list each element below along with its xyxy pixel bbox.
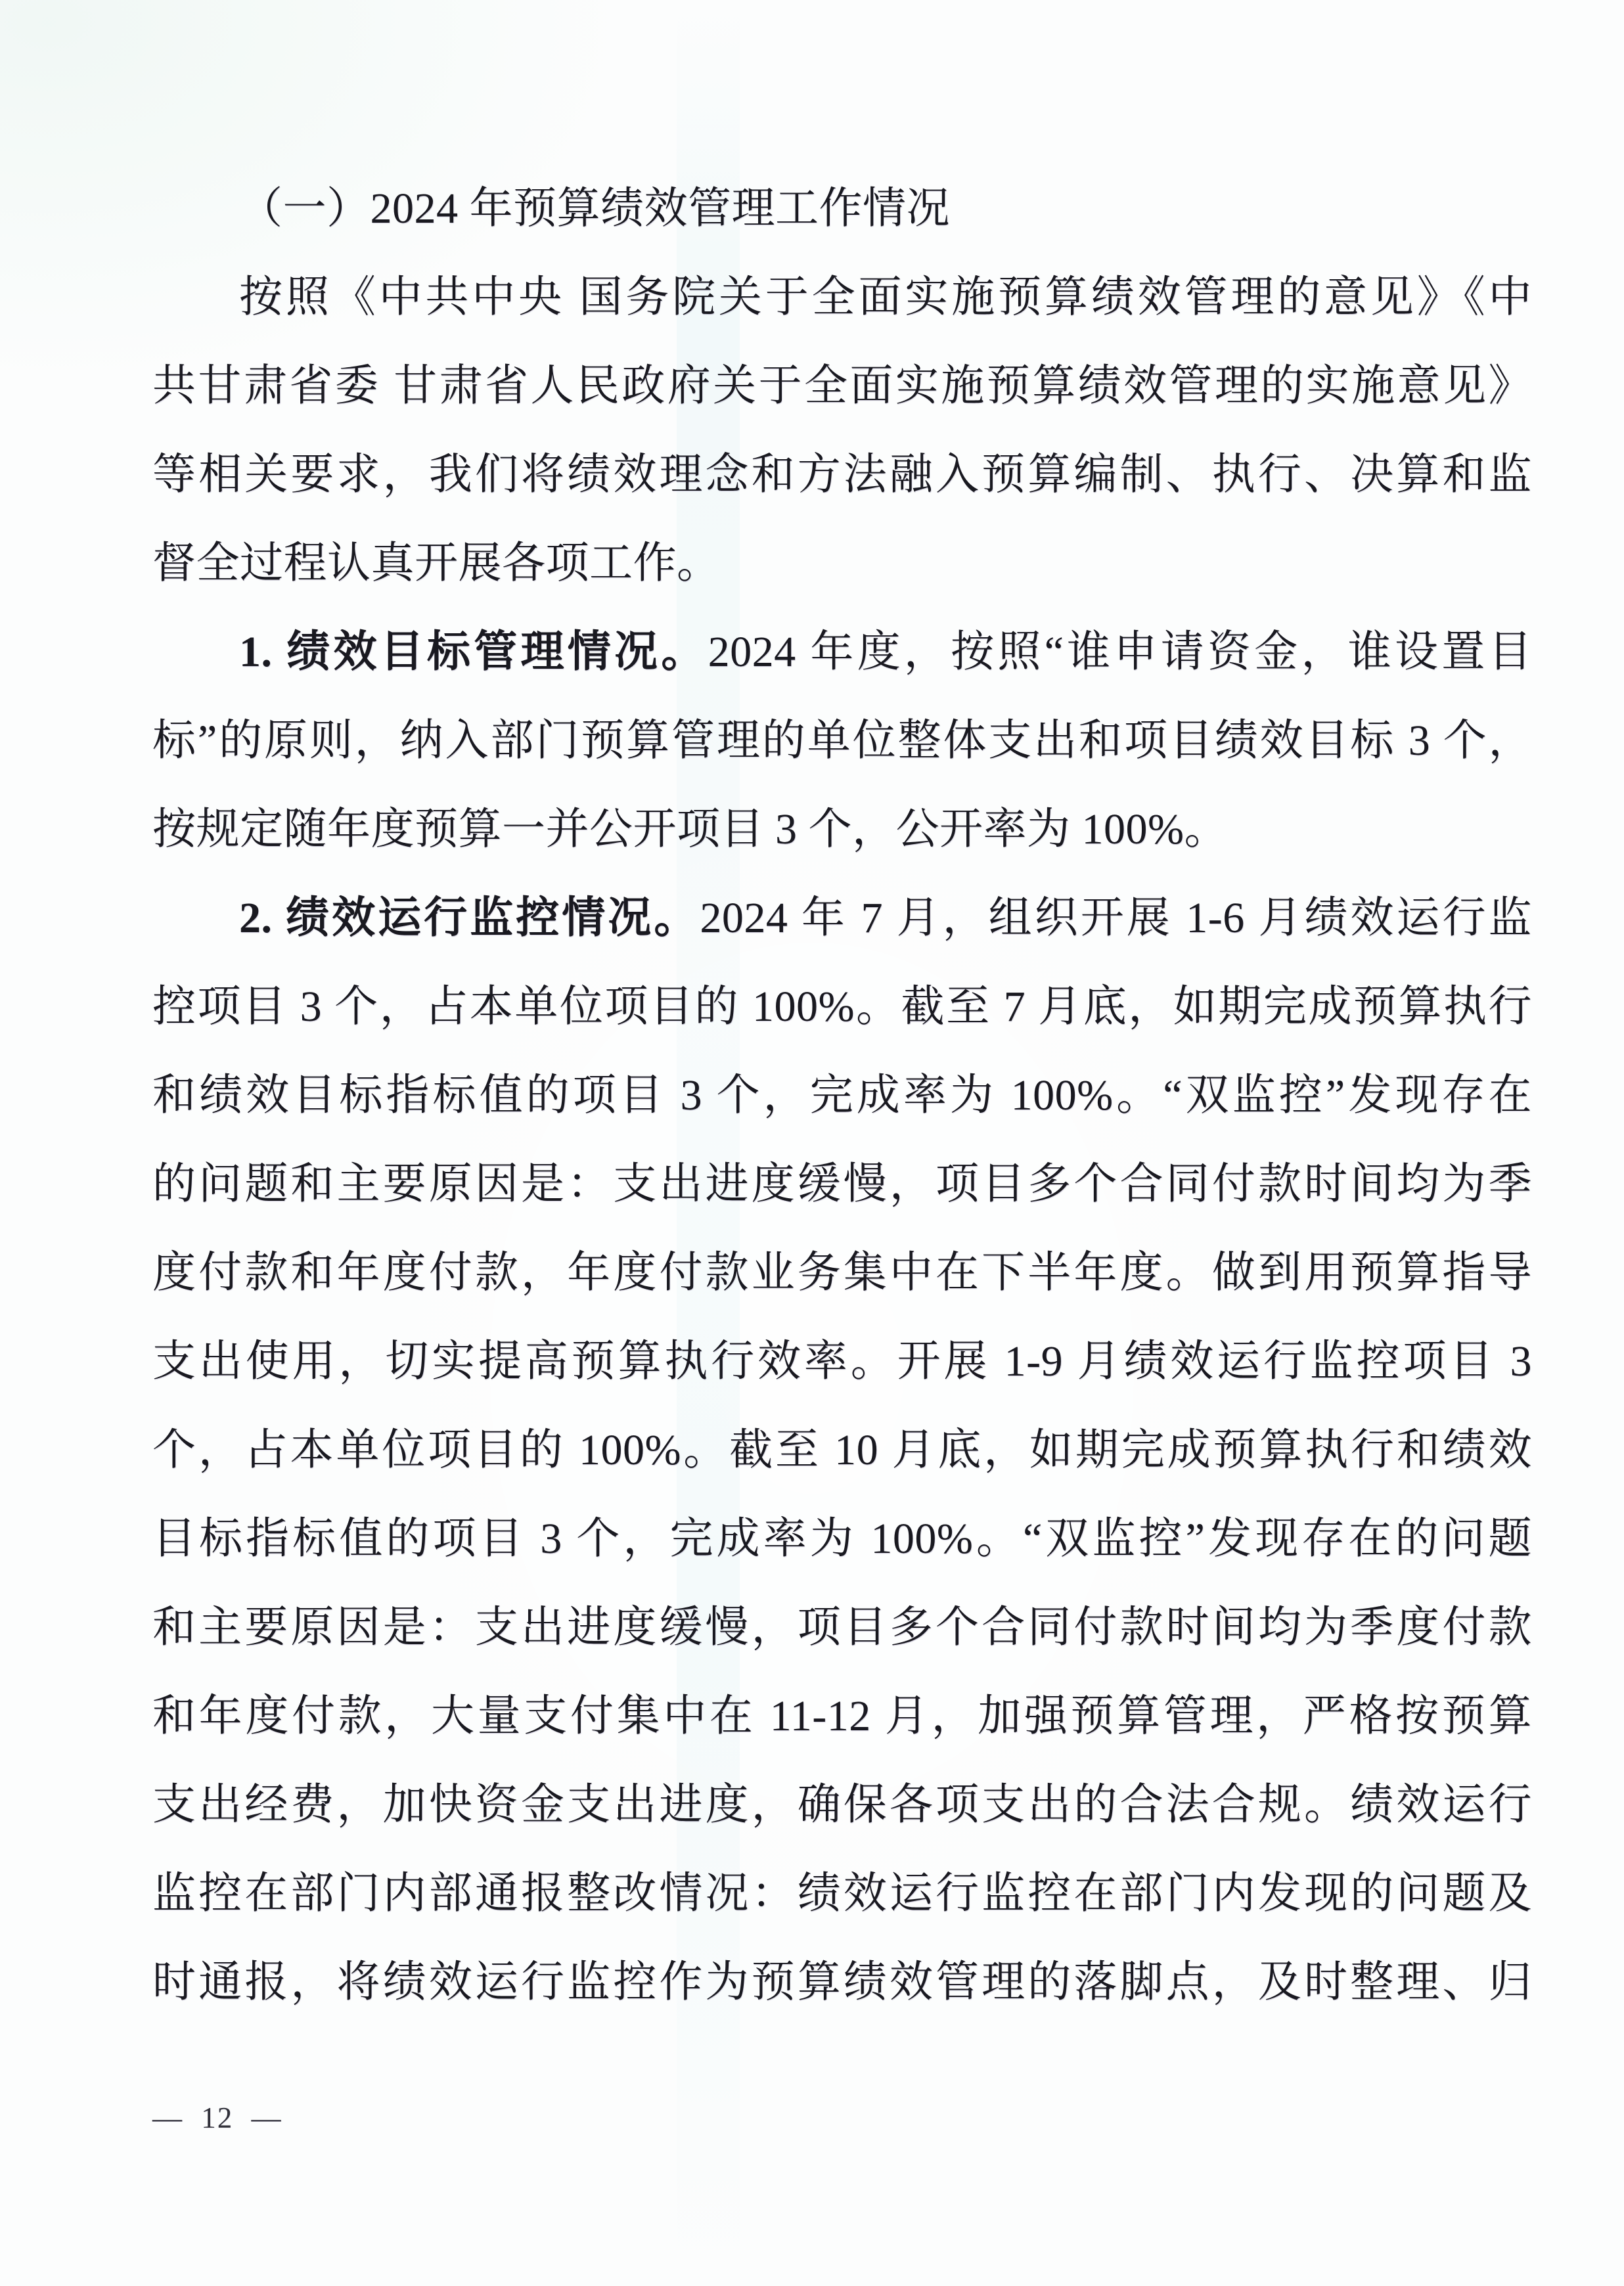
body-text-line: 监控在部门内部通报整改情况：绩效运行监控在部门内发现的问题及 — [152, 1849, 1532, 1938]
body-text-line: 度付款和年度付款，年度付款业务集中在下半年度。做到用预算指导 — [152, 1228, 1532, 1317]
document-page: （一）2024 年预算绩效管理工作情况按照《中共中央 国务院关于全面实施预算绩效… — [0, 0, 1624, 2286]
body-text-line: 和年度付款，大量支付集中在 11-12 月，加强预算管理，严格按预算 — [152, 1672, 1532, 1760]
page-number: — 12 — — [152, 2101, 282, 2134]
body-text-line: 和绩效目标指标值的项目 3 个，完成率为 100%。“双监控”发现存在 — [152, 1051, 1532, 1140]
body-text-line: 等相关要求，我们将绩效理念和方法融入预算编制、执行、决算和监 — [152, 430, 1532, 519]
body-text-line: 共甘肃省委 甘肃省人民政府关于全面实施预算绩效管理的实施意见》 — [152, 342, 1532, 430]
body-text-line: 时通报，将绩效运行监控作为预算绩效管理的落脚点，及时整理、归 — [152, 1938, 1532, 2027]
body-text-line: 的问题和主要原因是：支出进度缓慢，项目多个合同付款时间均为季 — [152, 1140, 1532, 1228]
body-text-line: 支出使用，切实提高预算执行效率。开展 1-9 月绩效运行监控项目 3 — [152, 1317, 1532, 1406]
bold-lead-text: 2. 绩效运行监控情况。 — [239, 894, 700, 942]
body-text-line: 标”的原则，纳入部门预算管理的单位整体支出和项目绩效目标 3 个， — [152, 696, 1532, 785]
body-text-line: 和主要原因是：支出进度缓慢，项目多个合同付款时间均为季度付款 — [152, 1583, 1532, 1672]
body-text-line: 按规定随年度预算一并公开项目 3 个，公开率为 100%。 — [152, 785, 1532, 874]
body-text-line: 督全过程认真开展各项工作。 — [152, 519, 1532, 608]
body-text-line: 支出经费，加快资金支出进度，确保各项支出的合法合规。绩效运行 — [152, 1760, 1532, 1849]
document-body: （一）2024 年预算绩效管理工作情况按照《中共中央 国务院关于全面实施预算绩效… — [152, 164, 1532, 2027]
bold-lead-text: 1. 绩效目标管理情况。 — [239, 628, 708, 676]
section-heading: （一）2024 年预算绩效管理工作情况 — [152, 164, 1532, 253]
body-text-line: 控项目 3 个，占本单位项目的 100%。截至 7 月底，如期完成预算执行 — [152, 962, 1532, 1051]
body-text-line: 2. 绩效运行监控情况。2024 年 7 月，组织开展 1-6 月绩效运行监 — [152, 874, 1532, 962]
body-text-line: 个，占本单位项目的 100%。截至 10 月底，如期完成预算执行和绩效 — [152, 1406, 1532, 1494]
body-text-line: 目标指标值的项目 3 个，完成率为 100%。“双监控”发现存在的问题 — [152, 1494, 1532, 1583]
body-text-line: 按照《中共中央 国务院关于全面实施预算绩效管理的意见》《中 — [152, 253, 1532, 342]
body-text-line: 1. 绩效目标管理情况。2024 年度，按照“谁申请资金，谁设置目 — [152, 608, 1532, 696]
page-footer: — 12 — — [152, 2097, 282, 2139]
